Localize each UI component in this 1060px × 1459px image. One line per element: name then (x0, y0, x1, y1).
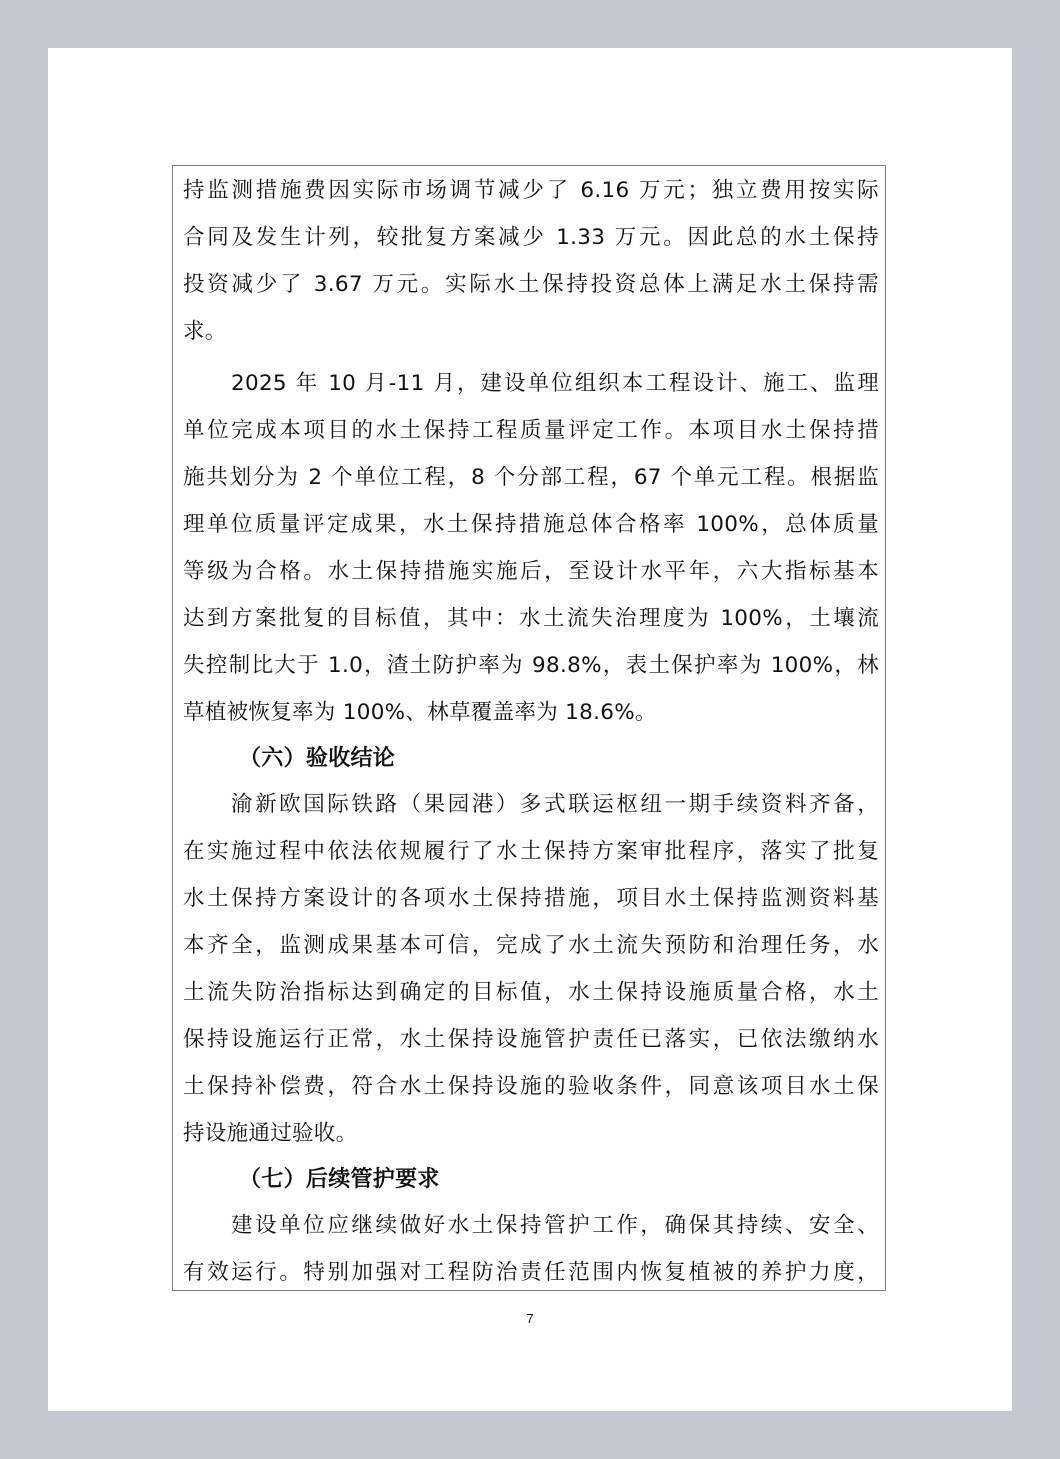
paragraph-line: 持设施通过验收。 (183, 1119, 879, 1149)
page-number: 7 (48, 1311, 1012, 1326)
paragraph-line: 2025 年 10 月-11 月，建设单位组织本工程设计、施工、监理 (183, 369, 879, 399)
paragraph-line: 水土保持方案设计的各项水土保持措施，项目水土保持监测资料基 (183, 884, 879, 914)
paragraph-line: 土保持补偿费，符合水土保持设施的验收条件，同意该项目水土保 (183, 1072, 879, 1102)
document-page: 持监测措施费因实际市场调节减少了 6.16 万元；独立费用按实际 合同及发生计列… (48, 48, 1012, 1411)
paragraph-line: 土流失防治指标达到确定的目标值，水土保持设施质量合格，水土 (183, 978, 879, 1008)
paragraph-line: 失控制比大于 1.0，渣土防护率为 98.8%，表土保护率为 100%，林 (183, 651, 879, 681)
paragraph-line: 等级为合格。水土保持措施实施后，至设计水平年，六大指标基本 (183, 557, 879, 587)
paragraph-line: 投资减少了 3.67 万元。实际水土保持投资总体上满足水土保持需 (183, 270, 879, 300)
section-heading-follow-up-maintenance: （七）后续管护要求 (183, 1165, 879, 1195)
paragraph-line: 单位完成本项目的水土保持工程质量评定工作。本项目水土保持措 (183, 416, 879, 446)
paragraph-line: 施共划分为 2 个单位工程，8 个分部工程，67 个单元工程。根据监 (183, 463, 879, 493)
paragraph-line: 本齐全，监测成果基本可信，完成了水土流失预防和治理任务，水 (183, 931, 879, 961)
bordered-text-box: 持监测措施费因实际市场调节减少了 6.16 万元；独立费用按实际 合同及发生计列… (172, 165, 886, 1291)
paragraph-line: 保持设施运行正常，水土保持设施管护责任已落实，已依法缴纳水 (183, 1025, 879, 1055)
paragraph-line: 理单位质量评定成果，水土保持措施总体合格率 100%，总体质量 (183, 510, 879, 540)
paragraph-line: 有效运行。特别加强对工程防治责任范围内恢复植被的养护力度， (183, 1258, 879, 1288)
section-heading-acceptance-conclusion: （六）验收结论 (183, 744, 879, 774)
paragraph-line: 达到方案批复的目标值，其中：水土流失治理度为 100%，土壤流 (183, 604, 879, 634)
paragraph-line: 在实施过程中依法依规履行了水土保持方案审批程序，落实了批复 (183, 837, 879, 867)
paragraph-line: 草植被恢复率为 100%、林草覆盖率为 18.6%。 (183, 698, 879, 728)
paragraph-line: 渝新欧国际铁路（果园港）多式联运枢纽一期手续资料齐备， (183, 790, 879, 820)
paragraph-line: 求。 (183, 317, 879, 347)
paragraph-line: 合同及发生计列，较批复方案减少 1.33 万元。因此总的水土保持 (183, 223, 879, 253)
paragraph-line: 建设单位应继续做好水土保持管护工作，确保其持续、安全、 (183, 1211, 879, 1241)
paragraph-line: 持监测措施费因实际市场调节减少了 6.16 万元；独立费用按实际 (183, 176, 879, 206)
